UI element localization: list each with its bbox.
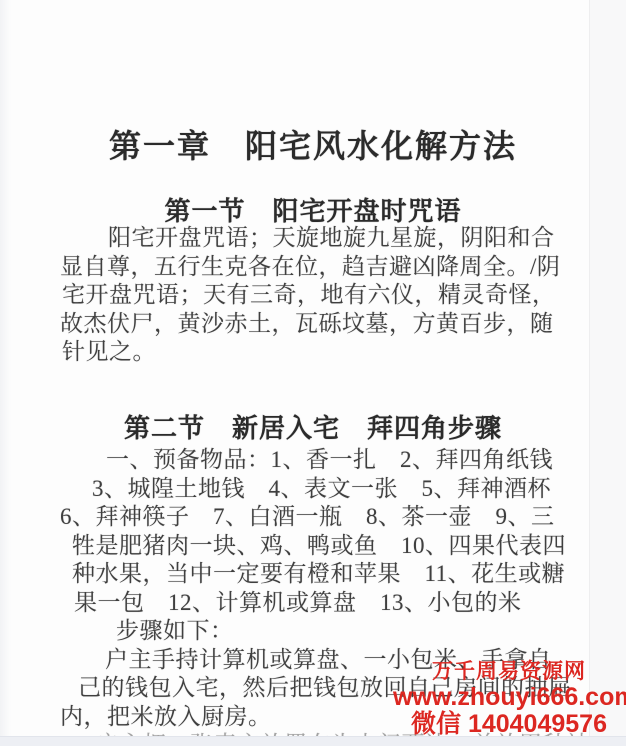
- paragraph-line: 针见之。: [60, 338, 584, 367]
- list-line: 果一包 12、计算机或算盘 13、小包的米: [58, 589, 584, 618]
- chapter-title: 第一章 阳宅风水化解方法: [0, 121, 626, 167]
- watermark-wechat: 微信 1404049576: [393, 711, 625, 737]
- section2-title: 第二节 新居入宅 拜四角步骤: [0, 408, 626, 445]
- list-line: 种水果，当中一定要有橙和苹果 11、花生或糖: [58, 560, 584, 589]
- paragraph-line: 显自尊，五行生克各在位，趋吉避凶降周全。/阴: [60, 253, 584, 282]
- paragraph-line: 阳宅开盘咒语；天旋地旋九星旋，阴阳和合: [60, 224, 584, 253]
- watermark-site-name: 万千周易资源网: [393, 659, 625, 684]
- list-line: 3、城隍土地钱 4、表文一张 5、拜神酒杯: [58, 475, 584, 504]
- list-line: 一、预备物品：1、香一扎 2、拜四角纸钱: [58, 446, 584, 475]
- steps-label: 步骤如下：: [58, 617, 584, 646]
- page-edge-left: [0, 0, 11, 746]
- list-line: 牲是肥猪肉一块、鸡、鸭或鱼 10、四果代表四: [58, 532, 584, 561]
- section1-paragraph: 阳宅开盘咒语；天旋地旋九星旋，阴阳和合 显自尊，五行生克各在位，趋吉避凶降周全。…: [60, 224, 584, 367]
- paragraph-line: 宅开盘咒语；天有三奇，地有六仪，精灵奇怪，: [60, 281, 584, 310]
- page-edge-right: [589, 0, 626, 746]
- scanned-book-page: 第一章 阳宅风水化解方法 第一节 阳宅开盘时咒语 阳宅开盘咒语；天旋地旋九星旋，…: [0, 0, 626, 746]
- list-line: 6、拜神筷子 7、白酒一瓶 8、茶一壶 9、三: [58, 503, 584, 532]
- watermark-url: www.zhouyi666.com: [393, 684, 625, 711]
- paragraph-line: 故杰伏尸，黄沙赤土，瓦砾坟墓，方黄百步，随: [60, 310, 584, 339]
- section1-title: 第一节 阳宅开盘时咒语: [0, 191, 626, 228]
- watermark: 万千周易资源网 www.zhouyi666.com 微信 1404049576: [393, 659, 625, 737]
